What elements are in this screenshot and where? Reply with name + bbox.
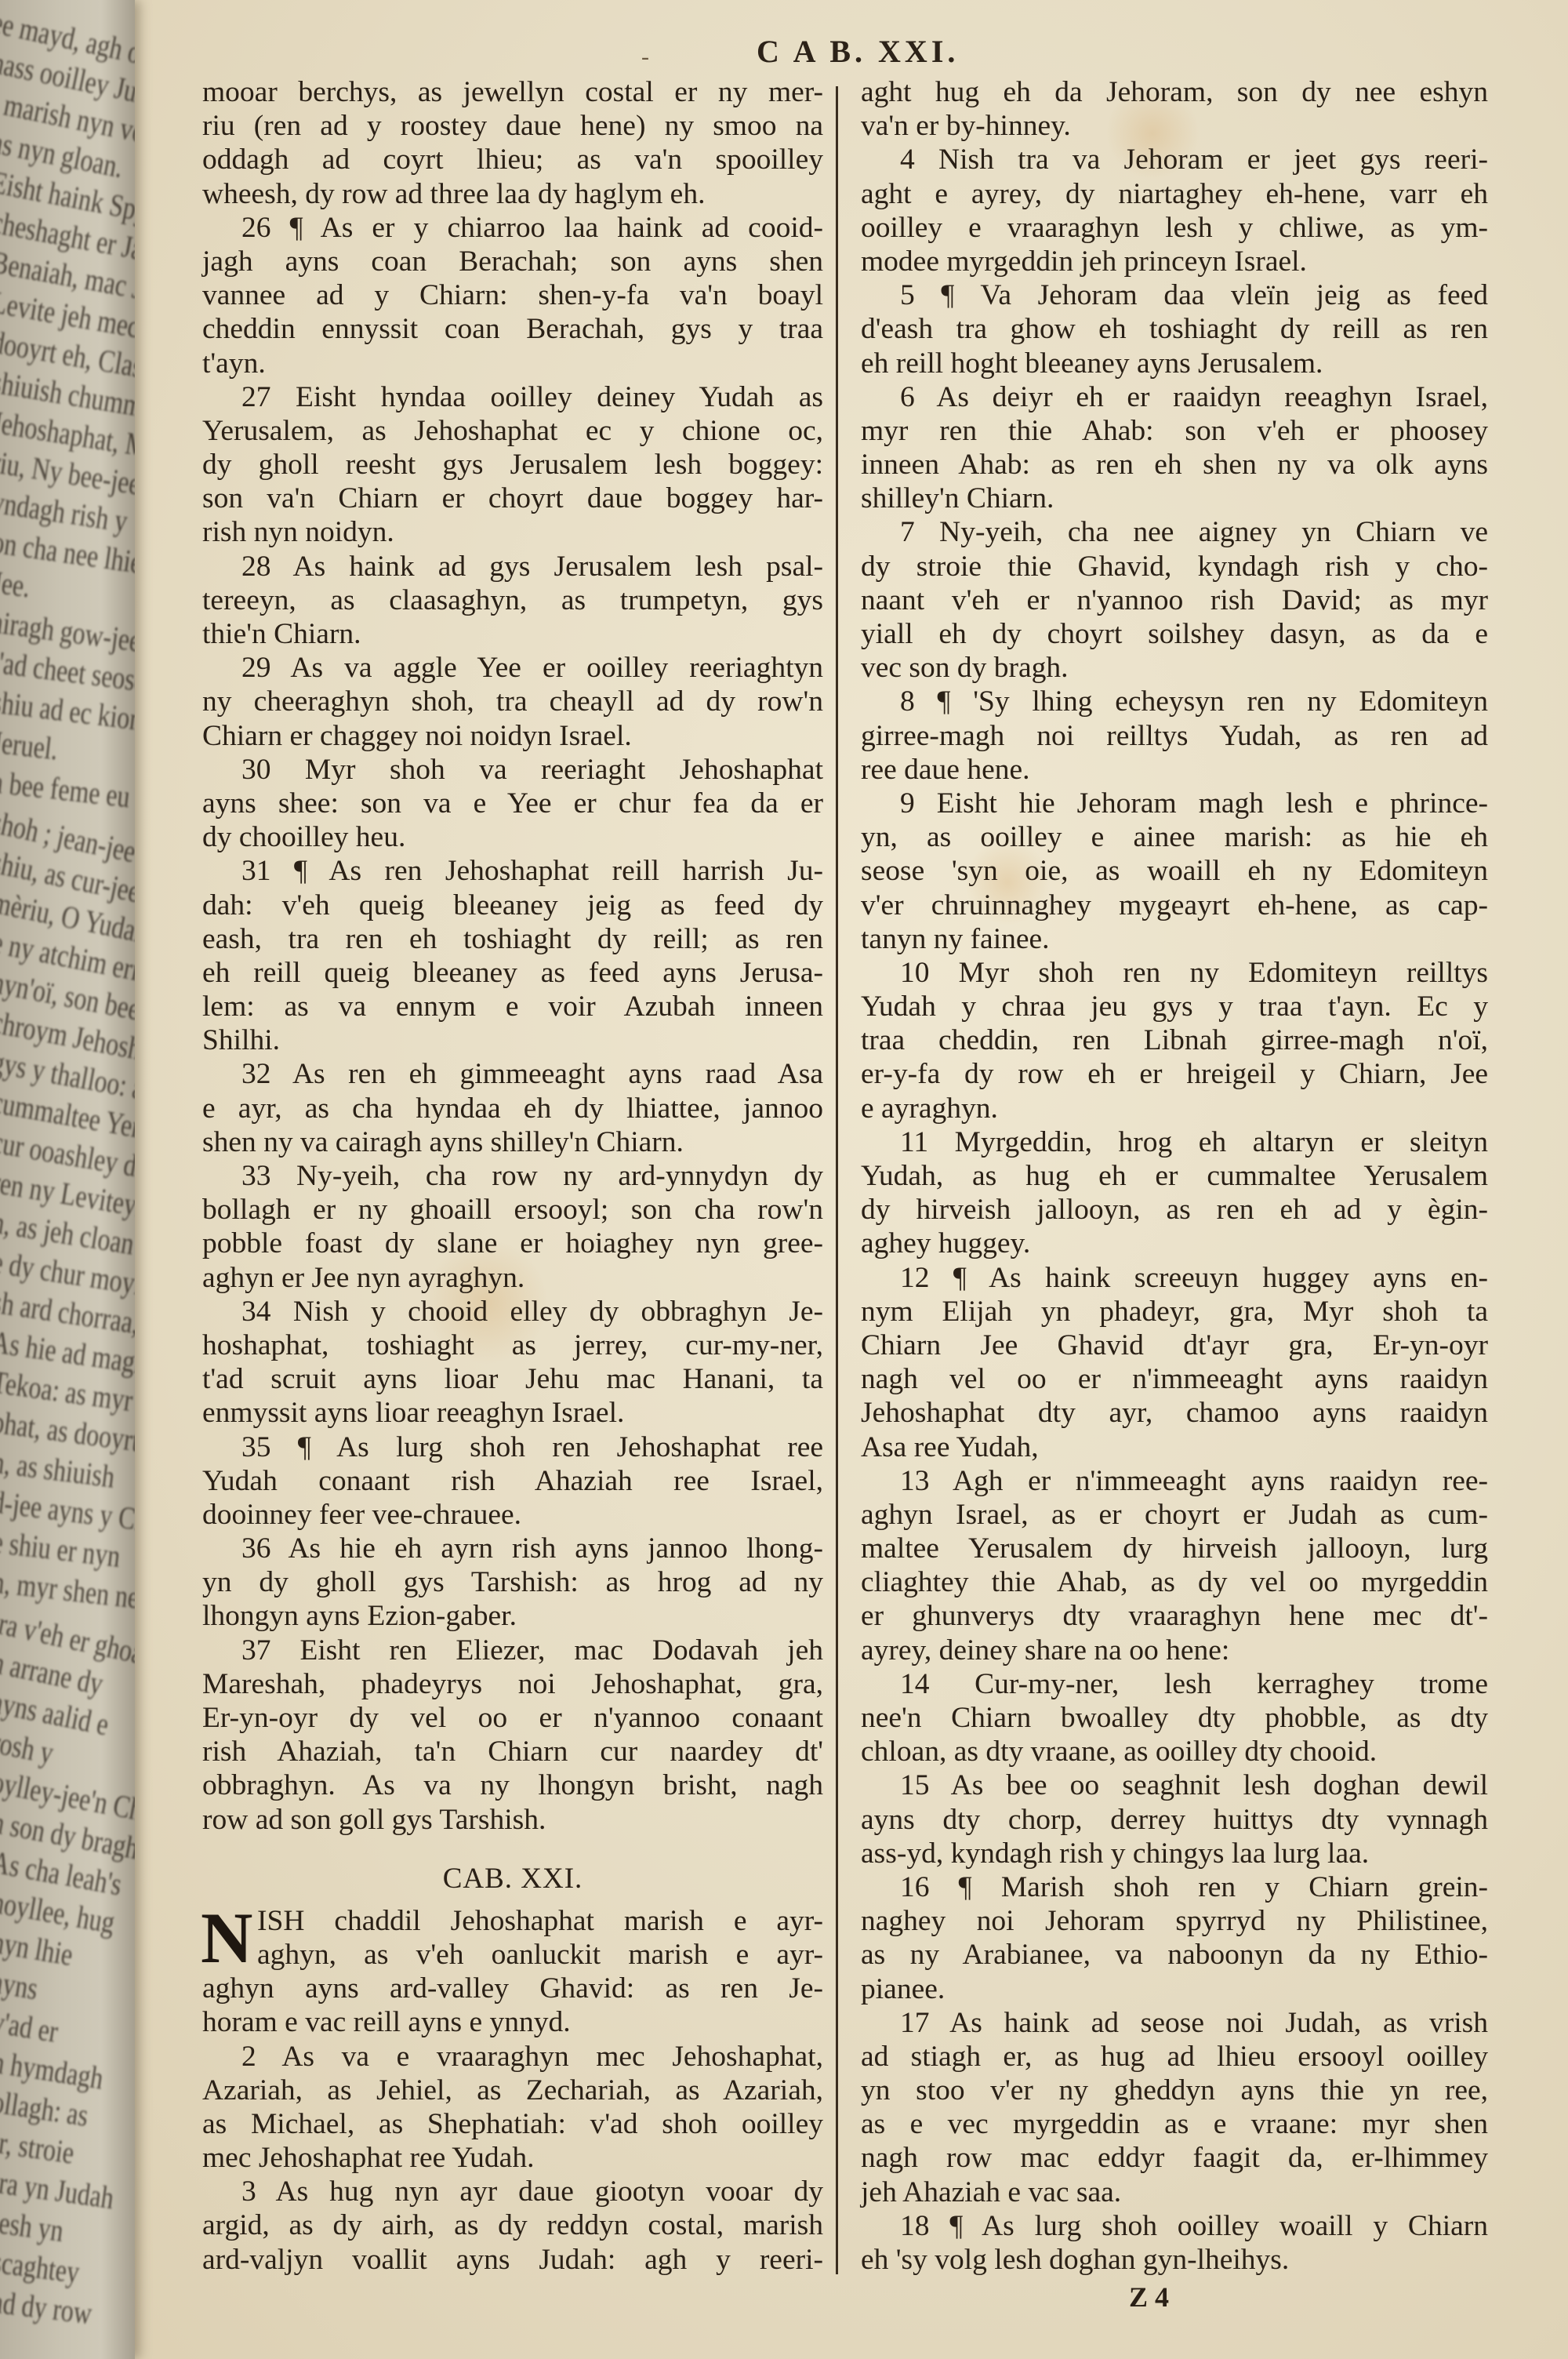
text-line: obbraghyn. As va ny lhongyn brisht, nagh (202, 1768, 823, 1802)
text-line: row ad son goll gys Tarshish. (202, 1803, 823, 1837)
text-line: aght hug eh da Jehoram, son dy nee eshyn (861, 75, 1488, 109)
text-line: shilley'n Chiarn. (861, 482, 1488, 515)
text-line: mec Jehoshaphat ree Yudah. (202, 2141, 823, 2175)
text-line: d'eash tra ghow eh toshiaght dy reill as… (861, 312, 1488, 346)
text-line: t'ayn. (202, 347, 823, 380)
header-mark: - (641, 44, 649, 71)
chapter-text: ISH chaddil Jehoshaphat marish e ayr-agh… (202, 1904, 823, 2277)
text-line: 9 Eisht hie Jehoram magh lesh e phrince- (861, 787, 1488, 820)
text-line: chloan, as dty vraane, as ooilley dty ch… (861, 1735, 1488, 1768)
text-line: nym Elijah yn phadeyr, gra, Myr shoh ta (861, 1295, 1488, 1329)
text-line: tanyn ny fainee. (861, 922, 1488, 956)
text-line: tereeyn, as claasaghyn, as trumpetyn, gy… (202, 583, 823, 617)
text-line: dah: v'eh queig bleeaney jeig as feed dy (202, 889, 823, 922)
text-line: 36 As hie eh ayrn rish ayns jannoo lhong… (202, 1532, 823, 1565)
text-line: ass-yd, kyndagh rish y chingys laa lurg … (861, 1837, 1488, 1870)
text-line: lhongyn ayns Ezion-gaber. (202, 1599, 823, 1633)
signature-mark: Z 4 (1129, 2281, 1169, 2314)
text-line: as ny Arabianee, va naboonyn da ny Ethio… (861, 1938, 1488, 1972)
text-line: son va'n Chiarn er choyrt daue boggey ha… (202, 482, 823, 515)
text-line: Yudah y chraa jeu gys y traa t'ayn. Ec y (861, 990, 1488, 1023)
text-line: horam e vac reill ayns e ynnyd. (202, 2005, 823, 2039)
text-line: aghyn er Jee nyn ayraghyn. (202, 1261, 823, 1295)
text-line: wheesh, dy row ad three laa dy haglym eh… (202, 177, 823, 211)
text-line: Yudah, as hug eh er cummaltee Yerusalem (861, 1159, 1488, 1193)
text-line: 26 ¶ As er y chiarroo laa haink ad cooid… (202, 211, 823, 245)
book-page: ee mayd, agh orrhass ooilley Judah, mari… (0, 0, 1568, 2359)
text-line: jeh Ahaziah e vac saa. (861, 2175, 1488, 2209)
text-line: nagh vel oo er n'immeeaght ayns raaidyn (861, 1362, 1488, 1396)
text-line: naant v'eh er n'yannoo rish David; as my… (861, 583, 1488, 617)
text-line: 27 Eisht hyndaa ooilley deiney Yudah as (202, 380, 823, 414)
text-line: 5 ¶ Va Jehoram daa vleïn jeig as feed (861, 278, 1488, 312)
text-line: 33 Ny-yeih, cha row ny ard-ynnydyn dy (202, 1159, 823, 1193)
text-line: ooilley e vraaraghyn lesh y chliwe, as y… (861, 211, 1488, 245)
text-line: eh reill hoght bleeaney ayns Jerusalem. (861, 347, 1488, 380)
text-line: aghyn, as v'eh oanluckit marish e ayr- (202, 1938, 823, 1972)
chapter-opening: N ISH chaddil Jehoshaphat marish e ayr-a… (202, 1904, 823, 2277)
previous-page-text-fragment: ayns (0, 1963, 41, 2007)
text-line: er-y-fa dy row eh er hreigeil y Chiarn, … (861, 1057, 1488, 1091)
text-line: enmyssit ayns lioar reeaghyn Israel. (202, 1396, 823, 1430)
text-line: jagh ayns coan Berachah; son ayns shen (202, 245, 823, 278)
text-line: dy hirveish jallooyn, as ren eh ad y ègi… (861, 1193, 1488, 1227)
chapter-heading: CAB. XXI. (202, 1854, 823, 1904)
previous-page-text-fragment: scaghtey (0, 2243, 82, 2291)
text-line: nee'n Chiarn bwoalley dty phobble, as dt… (861, 1701, 1488, 1735)
previous-page-text-fragment: lesh yn (0, 2203, 66, 2249)
text-line: 14 Cur-my-ner, lesh kerraghey trome (861, 1667, 1488, 1701)
text-line: Mareshah, phadeyrys noi Jehoshaphat, gra… (202, 1667, 823, 1701)
text-line: riu (ren ad y roostey daue hene) ny smoo… (202, 109, 823, 143)
text-line: aghey huggey. (861, 1227, 1488, 1260)
text-line: oddagh ad coyrt lhieu; as va'n spooilley (202, 143, 823, 176)
right-column: aght hug eh da Jehoram, son dy nee eshyn… (861, 75, 1488, 2277)
text-line: pobble foast dy slane er hoiaghey nyn gr… (202, 1227, 823, 1260)
text-line: 35 ¶ As lurg shoh ren Jehoshaphat ree (202, 1430, 823, 1464)
text-line: ree daue hene. (861, 753, 1488, 787)
text-line: 2 As va e vraaraghyn mec Jehoshaphat, (202, 2040, 823, 2074)
text-line: 17 As haink ad seose noi Judah, as vrish (861, 2006, 1488, 2040)
text-line: naghey noi Jehoram spyrryd ny Philistine… (861, 1904, 1488, 1938)
text-line: e ayraghyn. (861, 1092, 1488, 1125)
text-line: v'er chruinnaghey mygeayrt eh-hene, as c… (861, 889, 1488, 922)
text-line: 18 ¶ As lurg shoh ooilley woaill y Chiar… (861, 2209, 1488, 2243)
text-line: ayrey, deiney share na oo hene: (861, 1634, 1488, 1667)
text-line: 8 ¶ 'Sy lhing echeysyn ren ny Edomiteyn (861, 685, 1488, 718)
text-line: aghyn Israel, as er choyrt er Judah as c… (861, 1498, 1488, 1532)
text-line: 32 As ren eh gimmeeaght ayns raad Asa (202, 1057, 823, 1091)
text-line: mooar berchys, as jewellyn costal er ny … (202, 75, 823, 109)
text-line: 10 Myr shoh ren ny Edomiteyn reilltys (861, 956, 1488, 990)
text-line: as Michael, as Shephatiah: v'ad shoh ooi… (202, 2107, 823, 2141)
text-line: 28 As haink ad gys Jerusalem lesh psal- (202, 550, 823, 583)
text-line: Chiarn er chaggey noi noidyn Israel. (202, 719, 823, 753)
text-line: 37 Eisht ren Eliezer, mac Dodavah jeh (202, 1634, 823, 1667)
text-line: Jehoshaphat dty ayr, chamoo ayns raaidyn (861, 1396, 1488, 1430)
text-line: ny cheeraghyn shoh, tra cheayll ad dy ro… (202, 685, 823, 718)
text-line: 30 Myr shoh va reeriaght Jehoshaphat (202, 753, 823, 787)
text-line: ard-valjyn voallit ayns Judah: agh y ree… (202, 2243, 823, 2277)
text-line: inneen Ahab: as ren eh shen ny va olk ay… (861, 448, 1488, 482)
previous-page-text-fragment: ad dy row (0, 2283, 94, 2332)
text-line: rish Ahaziah, ta'n Chiarn cur naardey dt… (202, 1735, 823, 1768)
text-line: cheddin ennyssit coan Berachah, gys y tr… (202, 312, 823, 346)
text-line: rish nyn noidyn. (202, 515, 823, 549)
text-line: maltee Yerusalem dy hirveish jallooyn, l… (861, 1532, 1488, 1565)
text-line: 34 Nish y chooid elley dy obbraghyn Je- (202, 1295, 823, 1329)
text-line: as e vec myrgeddin as e vraane: myr shen (861, 2107, 1488, 2141)
text-line: Asa ree Yudah, (861, 1430, 1488, 1464)
previous-page-text-fragment: Jeruel. (0, 723, 60, 767)
text-line: e ayr, as cha hyndaa eh dy lhiattee, jan… (202, 1092, 823, 1125)
text-line: bollagh er ny ghoaill ersooyl; son cha r… (202, 1193, 823, 1227)
text-line: Er-yn-oyr dy vel oo er n'yannoo conaant (202, 1701, 823, 1735)
column-divider (836, 86, 838, 2274)
text-line: argid, as dy airh, as dy reddyn costal, … (202, 2208, 823, 2242)
text-line: 31 ¶ As ren Jehoshaphat reill harrish Ju… (202, 854, 823, 888)
text-line: 6 As deiyr eh er raaidyn reeaghyn Israel… (861, 380, 1488, 414)
text-line: ad stiagh er, as hug ad lhieu ersooyl oo… (861, 2040, 1488, 2074)
text-line: 3 As hug nyn ayr daue giootyn vooar dy (202, 2175, 823, 2208)
previous-page-text-fragment: a bee feme eu (0, 763, 132, 815)
chapter-running-title: C A B. XXI. (757, 33, 959, 70)
text-line: t'ad scruit ayns lioar Jehu mac Hanani, … (202, 1362, 823, 1396)
text-line: shen ny va cairagh ayns shilley'n Chiarn… (202, 1125, 823, 1159)
text-line: seose 'syn oie, as woaill eh ny Edomitey… (861, 854, 1488, 888)
text-line: aght e ayrey, dy niartaghey eh-hene, var… (861, 177, 1488, 211)
text-line: eh 'sy volg lesh doghan gyn-lheihys. (861, 2243, 1488, 2277)
right-column-text: aght hug eh da Jehoram, son dy nee eshyn… (861, 75, 1488, 2277)
text-line: Azariah, as Jehiel, as Zechariah, as Aza… (202, 2074, 823, 2107)
text-line: vannee ad y Chiarn: shen-y-fa va'n boayl (202, 278, 823, 312)
text-line: 13 Agh er n'immeeaght ayns raaidyn ree- (861, 1464, 1488, 1498)
text-line: Chiarn Jee Ghavid dt'ayr gra, Er-yn-oyr (861, 1329, 1488, 1362)
text-line: 7 Ny-yeih, cha nee aigney yn Chiarn ve (861, 515, 1488, 549)
previous-page-curl: ee mayd, agh orrhass ooilley Judah, mari… (0, 0, 135, 2359)
text-line: 4 Nish tra va Jehoram er jeet gys reeri- (861, 143, 1488, 176)
text-line: Yudah conaant rish Ahaziah ree Israel, (202, 1464, 823, 1498)
text-line: lem: as va ennym e voir Azubah inneen (202, 990, 823, 1023)
previous-page-text-fragment: Jee. (0, 563, 33, 605)
text-line: dy gholl reesht gys Jerusalem lesh bogge… (202, 448, 823, 482)
text-line: traa cheddin, ren Libnah girree-magh n'o… (861, 1023, 1488, 1057)
text-line: Yerusalem, as Jehoshaphat ec y chione oc… (202, 414, 823, 448)
text-line: va'n er by-hinney. (861, 109, 1488, 143)
text-line: girree-magh noi reilltys Yudah, as ren a… (861, 719, 1488, 753)
text-line: dy stroie thie Ghavid, kyndagh rish y ch… (861, 550, 1488, 583)
text-line: Shilhi. (202, 1023, 823, 1057)
text-line: yn, as ooilley e ainee marish: as hie eh (861, 820, 1488, 854)
text-line: thie'n Chiarn. (202, 617, 823, 651)
text-line: er ghunverys dty vraaraghyn hene mec dt'… (861, 1599, 1488, 1633)
text-line: ayns dty chorp, derrey huittys dty vynna… (861, 1803, 1488, 1837)
text-line: 29 As va aggle Yee er ooilley reeriaghty… (202, 651, 823, 685)
text-line: yiall eh dy choyrt soilshey dasyn, as da… (861, 617, 1488, 651)
text-line: myr ren thie Ahab: son v'eh er phoosey (861, 414, 1488, 448)
text-line: eh reill queig bleeaney as feed ayns Jer… (202, 956, 823, 990)
text-line: 15 As bee oo seaghnit lesh doghan dewil (861, 1768, 1488, 1802)
text-line: modee myrgeddin jeh princeyn Israel. (861, 245, 1488, 278)
text-line: ISH chaddil Jehoshaphat marish e ayr- (202, 1904, 823, 1938)
left-column-text: mooar berchys, as jewellyn costal er ny … (202, 75, 823, 1837)
text-line: dooinney feer vee-chrauee. (202, 1498, 823, 1532)
text-line: eash, tra ren eh toshiaght dy reill; as … (202, 922, 823, 956)
text-line: aghyn ayns ard-valley Ghavid: as ren Je- (202, 1972, 823, 2005)
text-line: 12 ¶ As haink screeuyn huggey ayns en- (861, 1261, 1488, 1295)
drop-cap: N (201, 1906, 252, 1970)
text-line: yn stoo v'er ny gheddyn ayns thie yn ree… (861, 2074, 1488, 2107)
text-line: ayns shee: son va e Yee er chur fea da e… (202, 787, 823, 820)
text-line: yn dy gholl gys Tarshish: as hrog ad ny (202, 1565, 823, 1599)
text-line: vec son dy bragh. (861, 651, 1488, 685)
text-line: nagh row mac eddyr faagit da, er-lhimmey (861, 2141, 1488, 2175)
previous-page-text-fragment: v'ad er (0, 2003, 60, 2050)
text-line: hoshaphat, toshiaght as jerrey, cur-my-n… (202, 1329, 823, 1362)
text-line: 16 ¶ Marish shoh ren y Chiarn grein- (861, 1870, 1488, 1904)
text-line: pianee. (861, 1972, 1488, 2006)
text-line: dy chooilley heu. (202, 820, 823, 854)
text-line: 11 Myrgeddin, hrog eh altaryn er sleityn (861, 1125, 1488, 1159)
left-column: mooar berchys, as jewellyn costal er ny … (202, 75, 823, 2277)
text-line: cliaghtey thie Ahab, as dy vel oo myrged… (861, 1565, 1488, 1599)
